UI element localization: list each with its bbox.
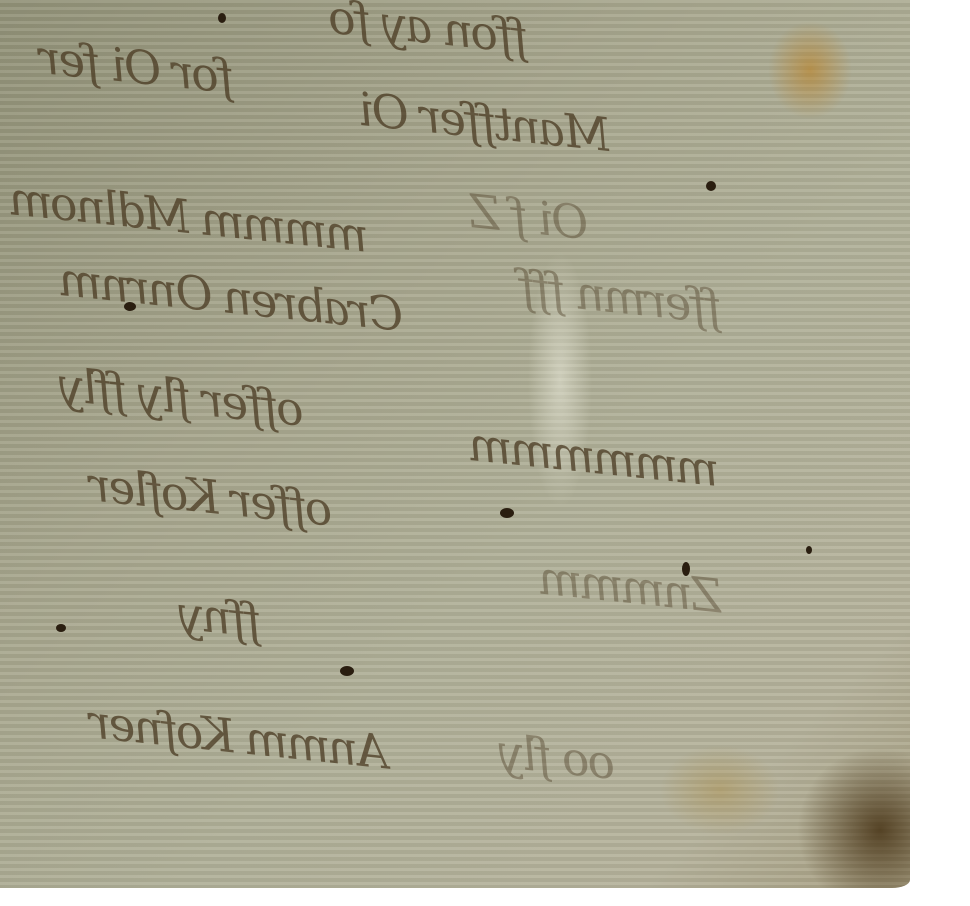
handwriting-line: mmmm Mdlnom (8, 171, 371, 262)
handwriting-line: ffon ay fo (328, 0, 531, 64)
handwriting-line: Crabren Onrnm (58, 252, 406, 342)
handwriting-line: oo fly (497, 724, 618, 790)
manuscript-page: ffon ay fo for Oi fer Mantffer Oi mmmm M… (0, 0, 910, 888)
handwriting-line: Znmmm (538, 551, 725, 624)
ink-blot (682, 562, 690, 576)
ink-blot (806, 546, 812, 554)
handwriting-line: ffermn fff (518, 260, 725, 335)
handwriting-line: mmmmmm (468, 417, 722, 497)
handwriting-line: Anmm Kofner (88, 694, 391, 779)
ink-blot (500, 508, 514, 518)
handwriting-line: Oi f Z (468, 184, 592, 250)
ink-blot (56, 624, 66, 632)
ink-blot (340, 666, 354, 676)
ink-blot (218, 13, 226, 23)
ink-blot (706, 181, 716, 191)
ink-blot (124, 302, 136, 311)
handwriting-line: offer Kofler (88, 457, 336, 536)
handwriting-line: offer fly ffly (58, 357, 307, 436)
handwriting-line: Mantffer Oi (358, 82, 613, 162)
handwriting-line: ffny (177, 586, 264, 648)
handwriting-line: for Oi fer (38, 30, 237, 104)
